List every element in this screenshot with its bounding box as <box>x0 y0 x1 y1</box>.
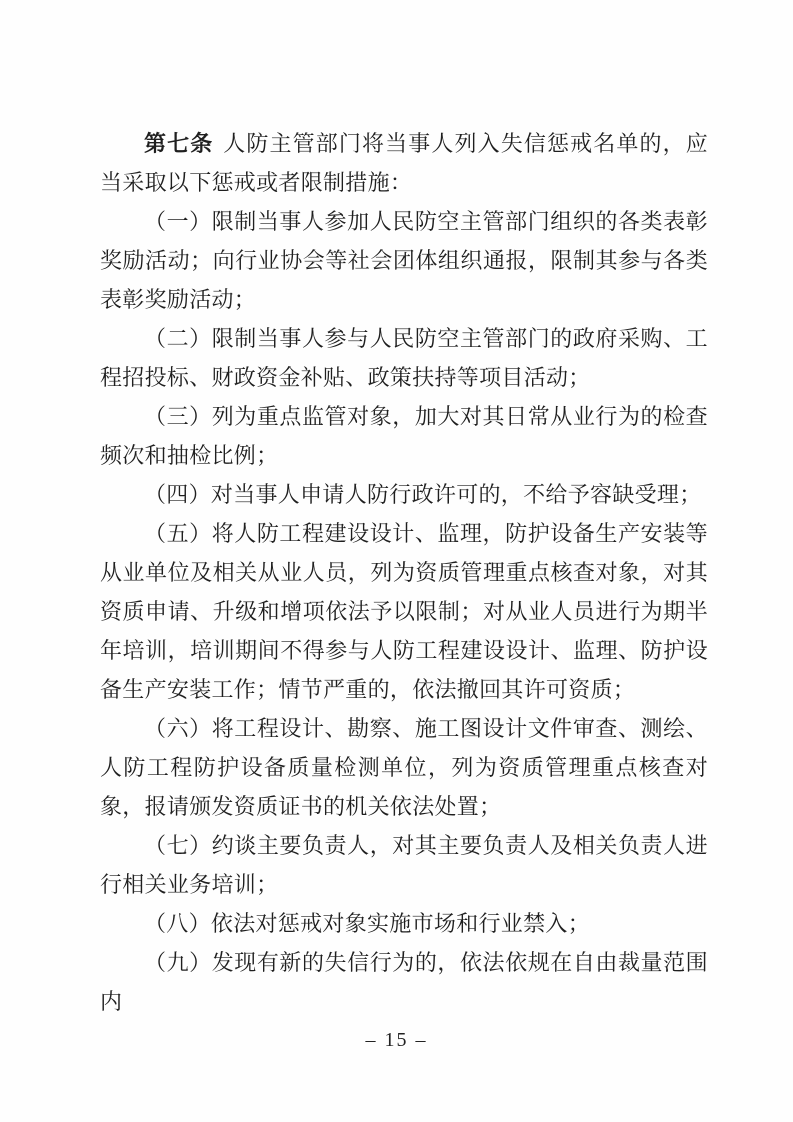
article-opening-paragraph: 第七条人防主管部门将当事人列入失信惩戒名单的，应当采取以下惩戒或者限制措施： <box>100 124 708 202</box>
clause-item-4: （四）对当事人申请人防行政许可的，不给予容缺受理； <box>100 475 708 514</box>
clause-item-7: （七）约谈主要负责人，对其主要负责人及相关负责人进行相关业务培训； <box>100 826 708 904</box>
page-footer: – 15 – <box>0 1029 793 1052</box>
document-page: 第七条人防主管部门将当事人列入失信惩戒名单的，应当采取以下惩戒或者限制措施： （… <box>0 0 793 1122</box>
article-number-label: 第七条 <box>144 131 213 156</box>
clause-item-8: （八）依法对惩戒对象实施市场和行业禁入； <box>100 904 708 943</box>
page-number: – 15 – <box>366 1029 428 1051</box>
clause-item-2: （二）限制当事人参与人民防空主管部门的政府采购、工程招投标、财政资金补贴、政策扶… <box>100 319 708 397</box>
clause-item-5: （五）将人防工程建设设计、监理，防护设备生产安装等从业单位及相关从业人员，列为资… <box>100 514 708 709</box>
clause-item-1: （一）限制当事人参加人民防空主管部门组织的各类表彰奖励活动；向行业协会等社会团体… <box>100 202 708 319</box>
clause-item-9: （九）发现有新的失信行为的，依法依规在自由裁量范围内 <box>100 943 708 1021</box>
article-body: 第七条人防主管部门将当事人列入失信惩戒名单的，应当采取以下惩戒或者限制措施： （… <box>100 124 708 1021</box>
clause-item-3: （三）列为重点监管对象，加大对其日常从业行为的检查频次和抽检比例； <box>100 397 708 475</box>
clause-item-6: （六）将工程设计、勘察、施工图设计文件审查、测绘、人防工程防护设备质量检测单位，… <box>100 709 708 826</box>
